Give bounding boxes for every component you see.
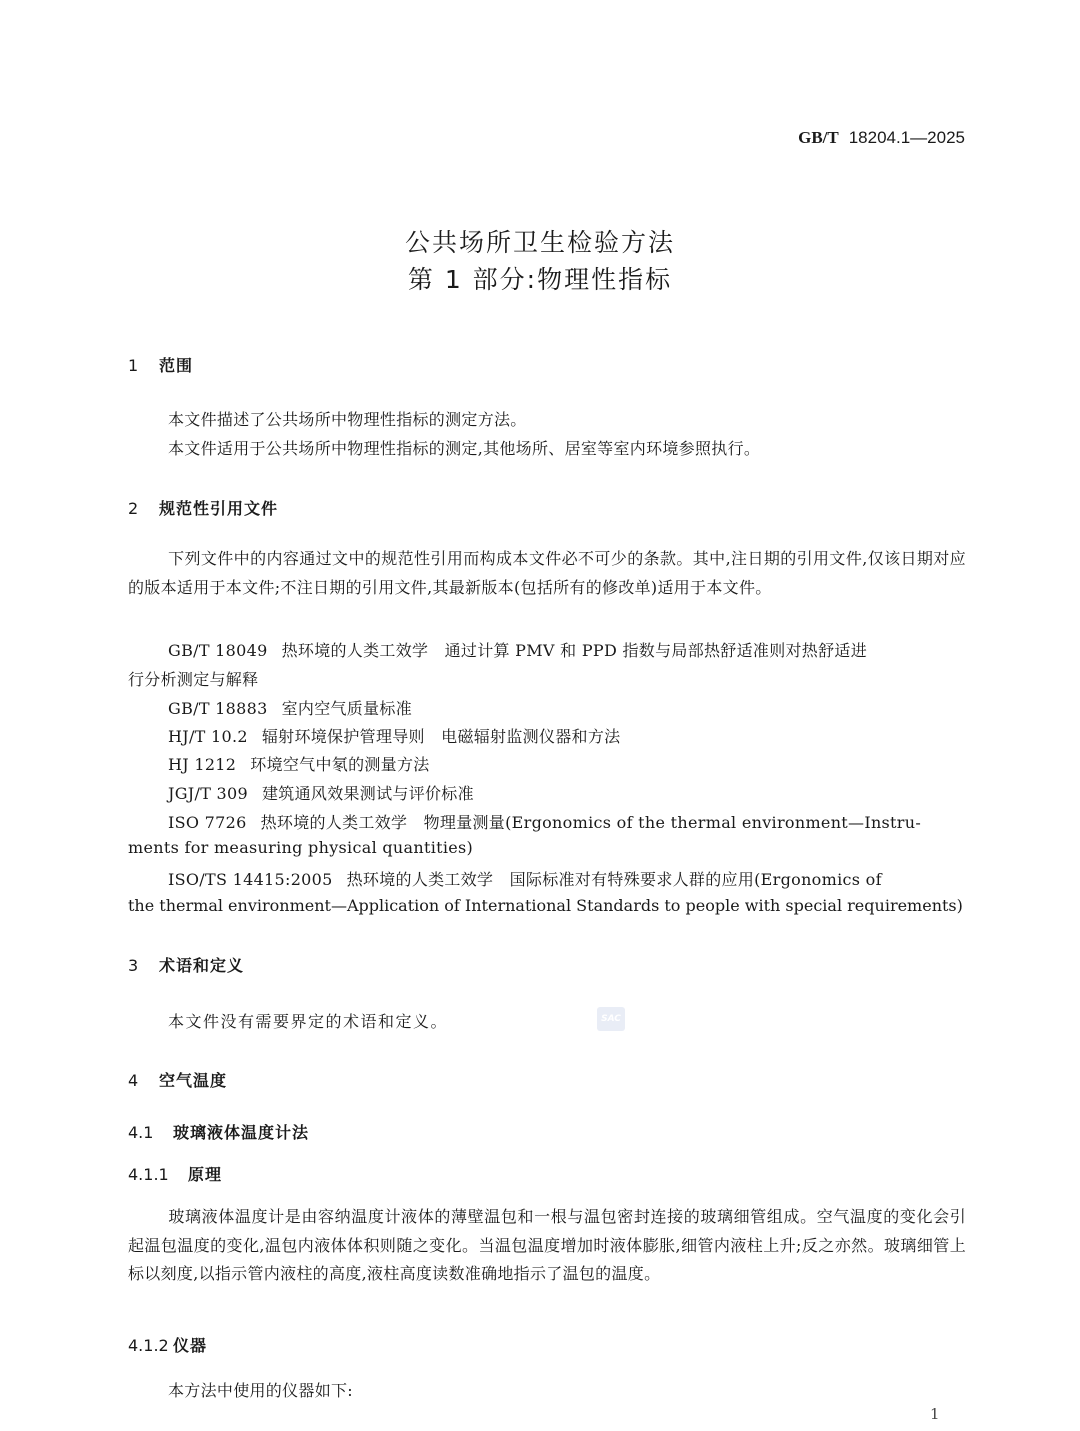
reference-item-continuation: the thermal environment—Application of I… <box>128 896 963 915</box>
reference-item: JGJ/T 309建筑通风效果测试与评价标准 <box>168 781 474 804</box>
section-heading-1: 1范围 <box>128 353 193 376</box>
reference-item-continuation: ments for measuring physical quantities) <box>128 838 473 857</box>
standard-code: GB/T18204.1—2025 <box>798 128 965 148</box>
standard-number: 18204.1—2025 <box>849 128 965 147</box>
reference-item: HJ/T 10.2辐射环境保护管理导则 电磁辐射监测仪器和方法 <box>168 724 620 747</box>
reference-item-continuation: 行分析测定与解释 <box>128 667 258 690</box>
reference-item: ISO/TS 14415:2005热环境的人类工效学 国际标准对有特殊要求人群的… <box>168 867 882 890</box>
section-heading-2: 2规范性引用文件 <box>128 496 278 519</box>
reference-item: GB/T 18883室内空气质量标准 <box>168 696 412 719</box>
section-heading-4-1-2: 4.1.2仪器 <box>128 1333 207 1356</box>
document-title: 公共场所卫生检验方法 <box>0 223 1080 259</box>
section-heading-4: 4空气温度 <box>128 1068 227 1091</box>
page-number: 1 <box>930 1405 940 1423</box>
paragraph: 本文件描述了公共场所中物理性指标的测定方法。 <box>168 407 527 430</box>
paragraph: 本文件适用于公共场所中物理性指标的测定,其他场所、居室等室内环境参照执行。 <box>168 436 760 459</box>
reference-code: JGJ/T 309 <box>168 784 248 803</box>
reference-code: GB/T 18049 <box>168 641 268 660</box>
reference-code: HJ/T 10.2 <box>168 727 248 746</box>
reference-item: HJ 1212环境空气中氡的测量方法 <box>168 752 430 775</box>
reference-item: ISO 7726热环境的人类工效学 物理量测量(Ergonomics of th… <box>168 810 921 833</box>
reference-item: GB/T 18049热环境的人类工效学 通过计算 PMV 和 PPD 指数与局部… <box>168 638 867 661</box>
standard-prefix: GB/T <box>798 128 839 147</box>
reference-code: ISO/TS 14415:2005 <box>168 870 333 889</box>
sac-watermark-logo: SAC <box>597 1007 625 1031</box>
reference-code: GB/T 18883 <box>168 699 268 718</box>
reference-code: ISO 7726 <box>168 813 247 832</box>
section-heading-3: 3术语和定义 <box>128 953 244 976</box>
paragraph: 本文件没有需要界定的术语和定义。 <box>168 1009 448 1032</box>
section-heading-4-1: 4.1玻璃液体温度计法 <box>128 1120 309 1143</box>
paragraph-normative-intro: 下列文件中的内容通过文中的规范性引用而构成本文件必不可少的条款。其中,注日期的引… <box>128 545 966 602</box>
reference-code: HJ 1212 <box>168 755 236 774</box>
section-heading-4-1-1: 4.1.1原理 <box>128 1162 222 1185</box>
paragraph-principle: 玻璃液体温度计是由容纳温度计液体的薄壁温包和一根与温包密封连接的玻璃细管组成。空… <box>128 1203 966 1289</box>
paragraph: 本方法中使用的仪器如下: <box>168 1378 353 1401</box>
document-subtitle: 第 1 部分:物理性指标 <box>0 260 1080 296</box>
